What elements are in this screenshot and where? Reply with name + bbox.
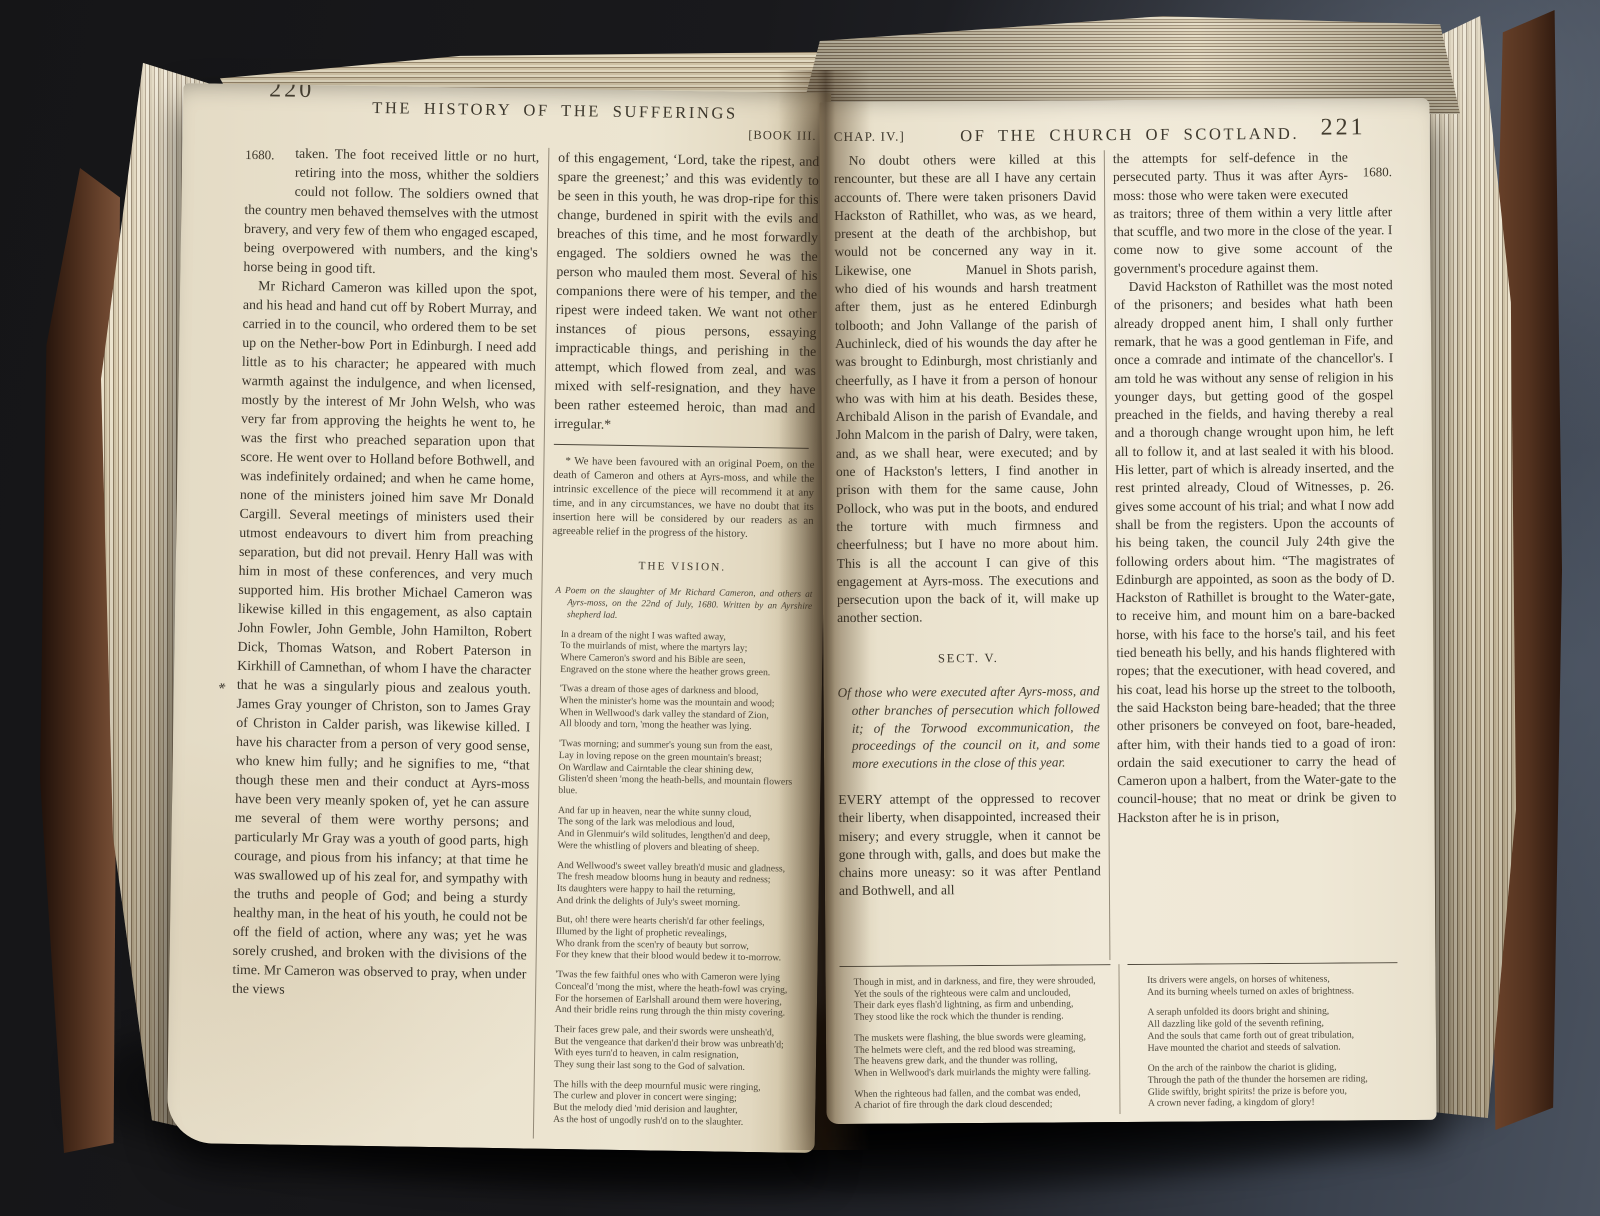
poem-stanza: Their faces grew pale, and their swords … — [544, 1024, 806, 1075]
footnote-rule — [554, 444, 809, 449]
poem-column-left: Though in mist, and in darkness, and fir… — [839, 964, 1111, 1116]
section-summary: Of those who were executed after Ayrs-mo… — [838, 682, 1101, 773]
margin-ink-mark: * — [217, 680, 231, 699]
paragraph: of this engagement, ‘Lord, take the ripe… — [554, 148, 819, 437]
poem-stanza: 'Twas a dream of those ages of darkness … — [549, 683, 811, 734]
poem-column-right: Its drivers were angels, on horses of wh… — [1127, 962, 1399, 1114]
poem-stanza: The hills with the deep mournful music w… — [543, 1079, 805, 1130]
poem-stanza: 'Twas the few faithful ones who with Cam… — [545, 969, 807, 1020]
paragraph: 1680. the attempts for self-defence in t… — [1113, 148, 1393, 278]
poem-rule — [839, 964, 1110, 967]
poem-stanza: 'Twas morning; and summer's young sun fr… — [548, 738, 810, 801]
right-page-number: 221 — [1321, 114, 1366, 141]
paragraph: Mr Richard Cameron was killed upon the s… — [232, 276, 537, 1003]
chapter-label: CHAP. IV.] — [834, 129, 905, 145]
right-page-columns: No doubt others were killed at this renc… — [834, 148, 1398, 962]
right-column-2: 1680. the attempts for self-defence in t… — [1113, 148, 1398, 960]
left-book-label: [BOOK III. — [748, 128, 817, 144]
right-page: CHAP. IV.] OF THE CHURCH OF SCOTLAND. 22… — [819, 98, 1436, 1124]
paragraph: EVERY attempt of the oppressed to recove… — [838, 789, 1101, 901]
poem-stanza: And far up in heaven, near the white sun… — [547, 804, 809, 855]
section-heading: SECT. V. — [837, 648, 1099, 668]
poem-stanza: A seraph unfolded its doors bright and s… — [1127, 1006, 1398, 1055]
book-photo-scene: 220 THE HISTORY OF THE SUFFERINGS [BOOK … — [0, 0, 1600, 1216]
poem-stanza: And Wellwood's sweet valley breath'd mus… — [546, 859, 808, 910]
left-column-2: of this engagement, ‘Lord, take the ripe… — [543, 148, 820, 1143]
poem-rule — [1127, 962, 1398, 965]
left-page: 220 THE HISTORY OF THE SUFFERINGS [BOOK … — [167, 83, 832, 1153]
margin-year: 1680. — [1348, 163, 1392, 189]
continued-poem-section: Though in mist, and in darkness, and fir… — [839, 962, 1398, 1116]
left-column-1: 1680. taken. The foot received little or… — [230, 143, 540, 1138]
book-cover-left — [40, 168, 120, 1153]
footnote: * We have been favoured with an original… — [552, 454, 814, 543]
column-divider — [1118, 964, 1120, 1114]
poem-stanza: But, oh! there were hearts cherish'd far… — [546, 914, 808, 965]
column-divider — [1104, 150, 1111, 960]
paragraph: No doubt others were killed at this renc… — [834, 150, 1099, 628]
right-page-header: CHAP. IV.] OF THE CHURCH OF SCOTLAND. 22… — [819, 98, 1429, 147]
poem-stanza: When the righteous had fallen, and the c… — [840, 1087, 1111, 1112]
margin-year: 1680. — [245, 143, 296, 185]
poem-stanza: In a dream of the night I was wafted awa… — [550, 628, 812, 679]
left-page-columns: 1680. taken. The foot received little or… — [230, 143, 819, 1143]
poem-title: THE VISION. — [552, 555, 813, 578]
poem-introduction: A Poem on the slaughter of Mr Richard Ca… — [551, 584, 813, 624]
left-page-number: 220 — [269, 83, 314, 104]
poem-stanza: Its drivers were angels, on horses of wh… — [1127, 973, 1398, 998]
right-column-1: No doubt others were killed at this renc… — [834, 150, 1102, 962]
paragraph: 1680. taken. The foot received little or… — [243, 143, 539, 281]
poem-stanza: Though in mist, and in darkness, and fir… — [840, 975, 1111, 1024]
poem-stanza: On the arch of the rainbow the chariot i… — [1128, 1061, 1399, 1110]
paragraph: David Hackston of Rathillet was the most… — [1114, 276, 1397, 827]
poem-stanza: The muskets were flashing, the blue swor… — [840, 1031, 1111, 1080]
